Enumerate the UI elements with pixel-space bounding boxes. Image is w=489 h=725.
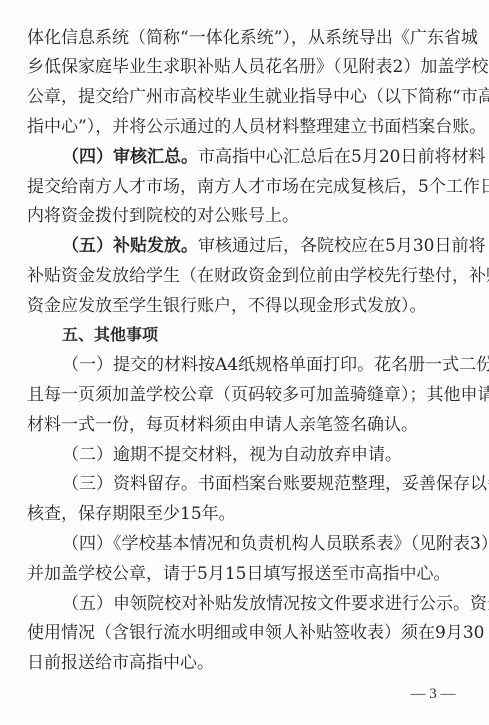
paragraph-line: 乡低保家庭毕业生求职补贴人员花名册》（见附表2）加盖学校 [27,52,469,82]
section-title-review: （四）审核汇总。 [62,147,198,167]
section-subsidy-payment: （五）补贴发放。审核通过后，各院校应在5月30日前将 [62,231,469,261]
heading-other-matters: 五、其他事项 [62,320,469,350]
paragraph-line: 并加盖学校公章，请于5月15日填写报送至市高指中心。 [27,559,469,589]
paragraph-line: （四）《学校基本情况和负责机构人员联系表》（见附表3） [62,529,469,559]
paragraph-line: 内将资金拨付到院校的对公账号上。 [27,201,469,231]
paragraph-line: 使用情况（含银行流水明细或申领人补贴签收表）须在9月30 [27,618,469,648]
paragraph-line: 核查，保存期限至少15年。 [27,499,469,529]
paragraph-line: （五）申领院校对补贴发放情况按文件要求进行公示。资金 [62,589,469,619]
document-page: 体化信息系统（简称“一体化系统”），从系统导出《广东省城 乡低保家庭毕业生求职补… [0,0,489,725]
paragraph-line: 补贴资金发放给学生（在财政资金到位前由学校先行垫付，补贴 [27,261,469,291]
page-number: — 3 — [405,686,461,703]
paragraph-line: （三）资料留存。书面档案台账要规范整理，妥善保存以备 [62,469,469,499]
paragraph-line: （一）提交的材料按A4纸规格单面打印。花名册一式二份， [62,350,469,380]
paragraph-line: 公章，提交给广州市高校毕业生就业指导中心（以下简称“市高 [27,82,469,112]
section-review-summary: （四）审核汇总。市高指中心汇总后在5月20日前将材料 [62,142,469,172]
paragraph-line: 资金应发放至学生银行账户，不得以现金形式发放）。 [27,291,469,321]
section-body: 审核通过后，各院校应在5月30日前将 [198,236,485,256]
paragraph-line: 体化信息系统（简称“一体化系统”），从系统导出《广东省城 [27,23,469,53]
paragraph-line: 指中心”），并将公示通过的人员材料整理建立书面档案台账。 [27,112,469,142]
paragraph-line: 提交给南方人才市场，南方人才市场在完成复核后，5个工作日 [27,172,469,202]
paragraph-line: （二）逾期不提交材料，视为自动放弃申请。 [62,440,469,470]
paragraph-line: 材料一式一份，每页材料须由申请人亲笔签名确认。 [27,410,469,440]
section-title-payment: （五）补贴发放。 [62,236,198,256]
paragraph-line: 日前报送给市高指中心。 [27,648,469,678]
section-body: 市高指中心汇总后在5月20日前将材料 [198,147,485,167]
paragraph-line: 且每一页须加盖学校公章（页码较多可加盖骑缝章）；其他申请 [27,380,469,410]
